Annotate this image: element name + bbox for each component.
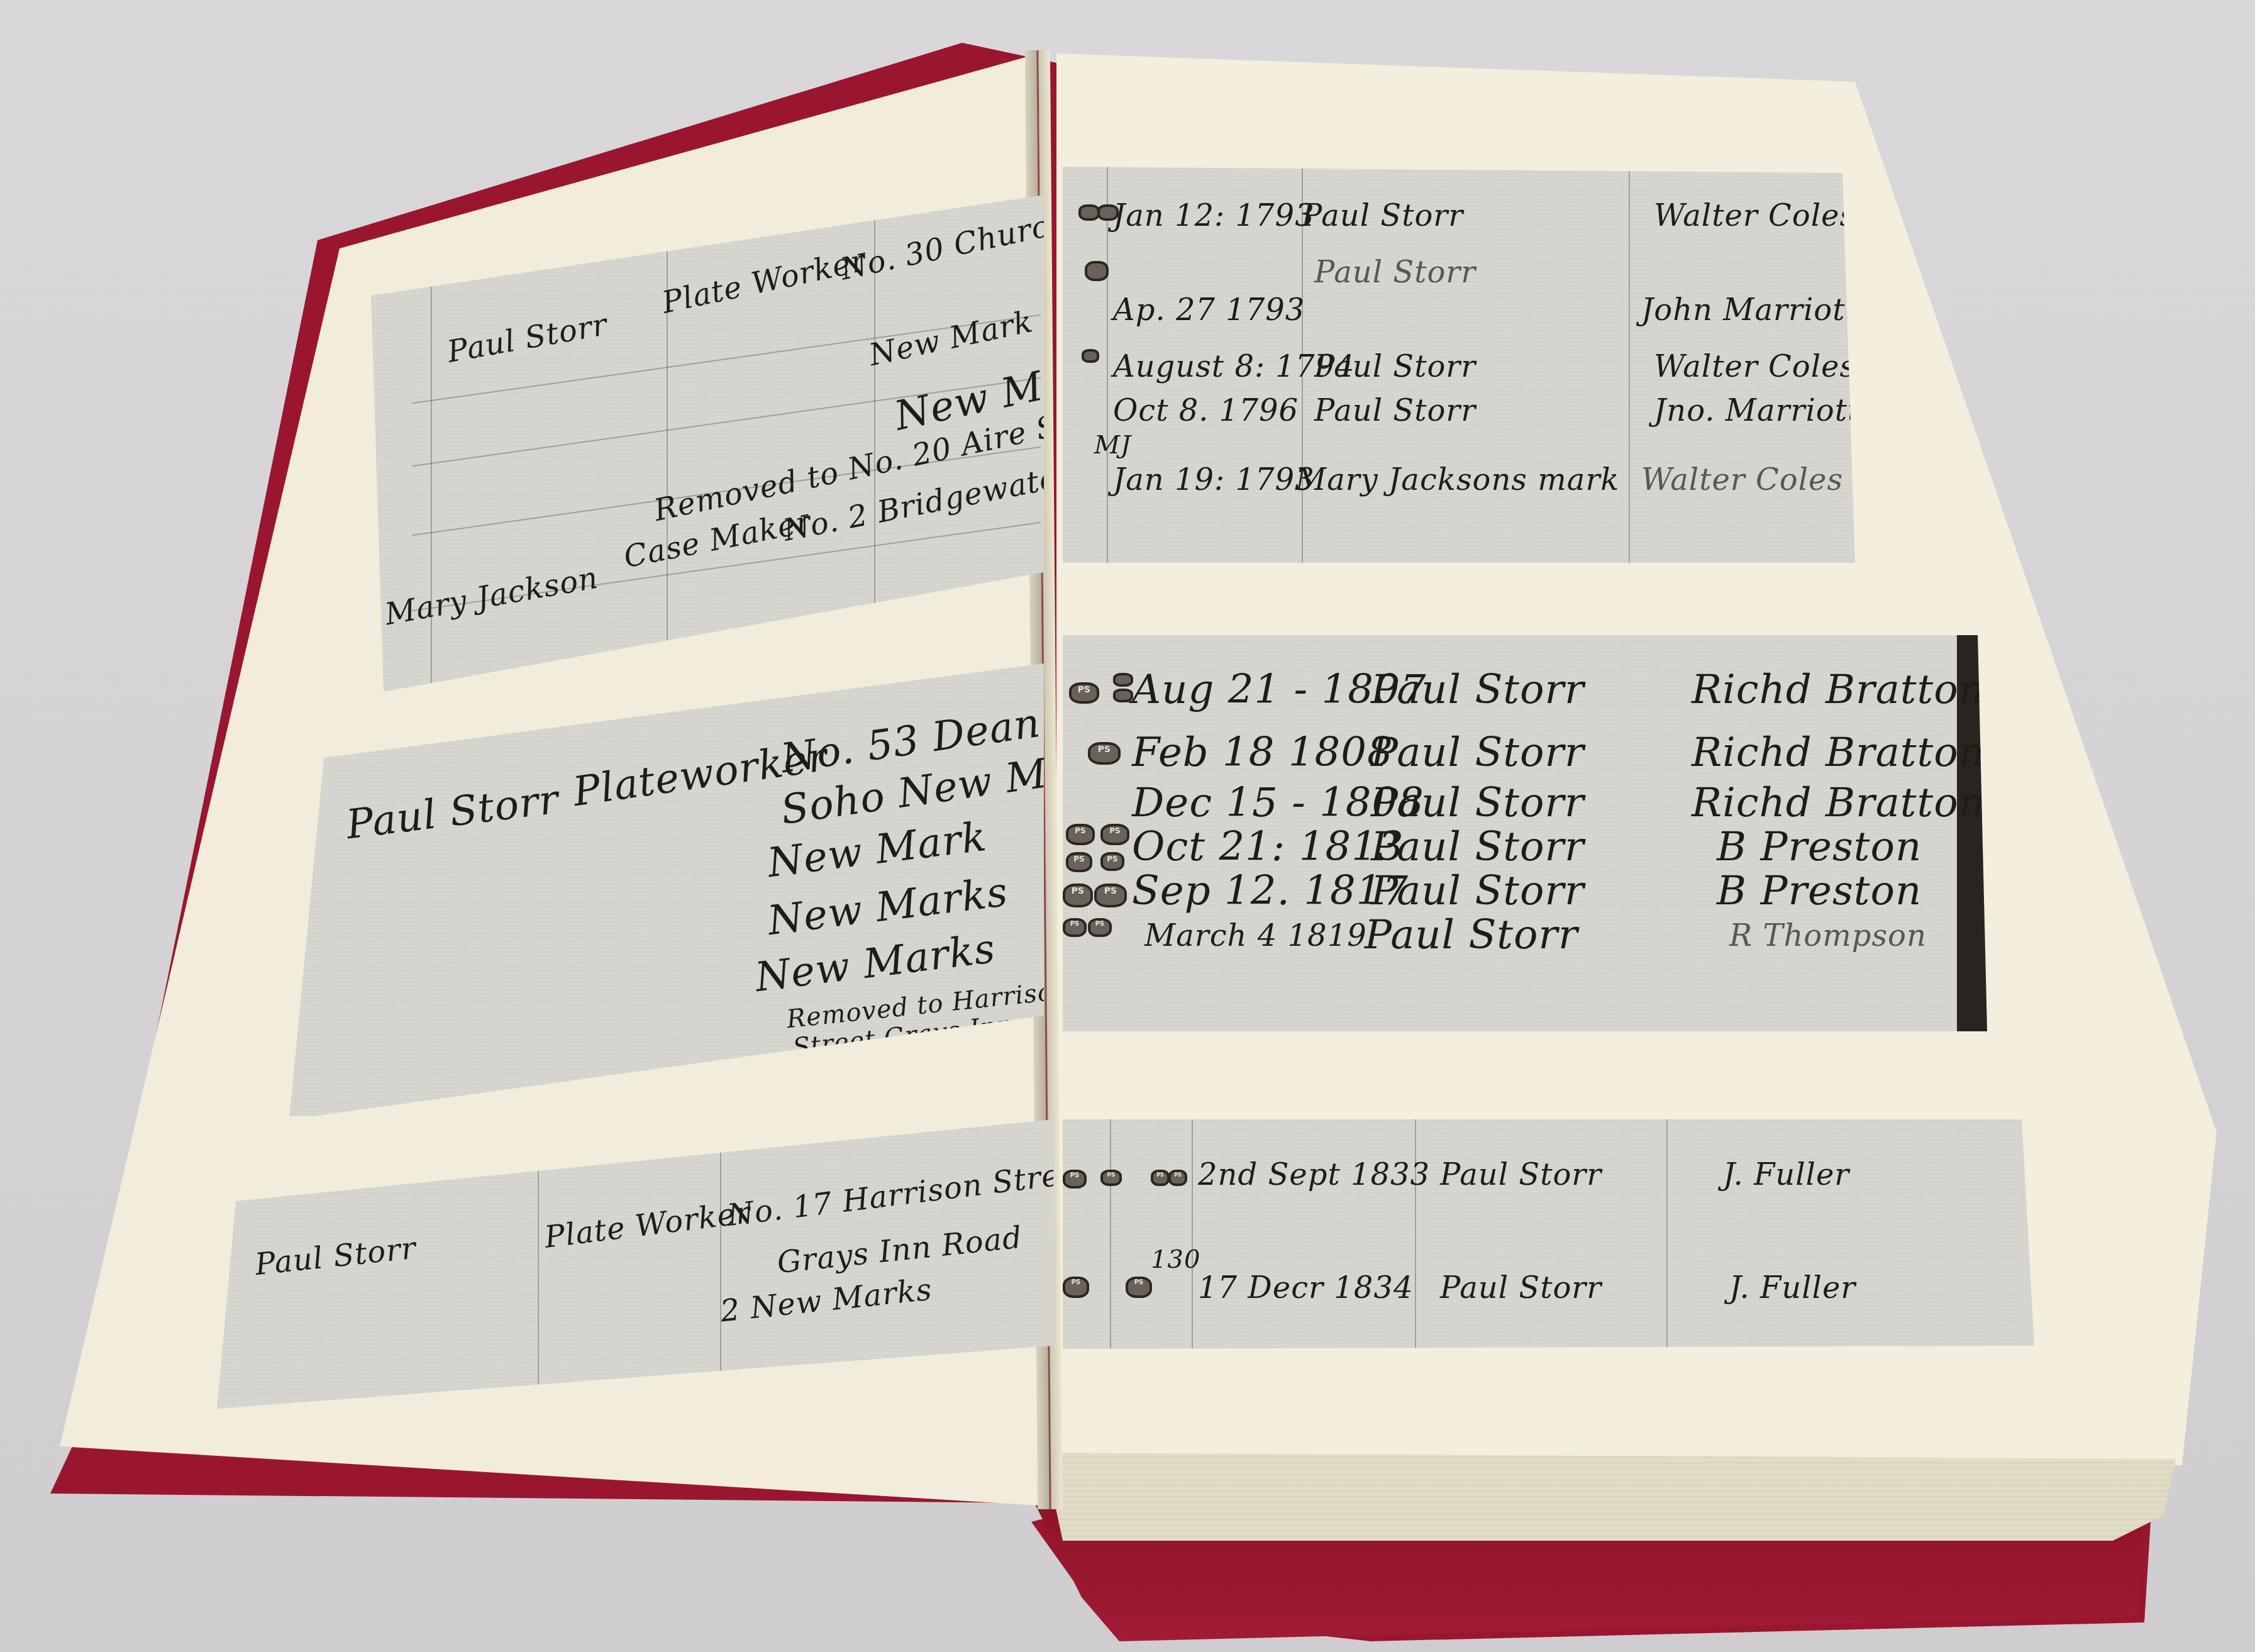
hallmark-icon (1085, 261, 1109, 281)
register-note: New Mark (866, 304, 1036, 373)
column-rule (1666, 1119, 1668, 1352)
entry-signature: Paul Storr (1440, 1157, 1602, 1192)
hallmark-ps-icon: PS (1100, 1170, 1122, 1186)
column-rule (1110, 1119, 1111, 1352)
register-name: Paul Storr (253, 1231, 418, 1283)
column-rule (538, 1170, 539, 1409)
column-rule (1107, 167, 1108, 569)
hallmark-icon (1113, 673, 1133, 687)
register-name: Mary Jackson (382, 560, 601, 633)
entry-witness: Walter Coles (1654, 349, 1855, 384)
book-photo-scene: Paul Storr Plate Worker No. 30 Church St… (0, 0, 2255, 1652)
plate-2-right-facsimile: PS PS PS PS PS PS PS PS PS PS Aug 21 - 1… (1063, 635, 1987, 1031)
entry-witness: Richd Bratton (1692, 729, 1985, 776)
column-rule (1415, 1119, 1416, 1352)
hallmark-ps-icon: PS (1100, 852, 1124, 871)
page-block-edges (1044, 1453, 2176, 1547)
entry-date: Jan 12: 1793 (1113, 198, 1315, 233)
entry-witness: B Preston (1717, 824, 1922, 870)
hallmark-ps-icon: PS (1063, 884, 1093, 907)
entry-witness: R Thompson (1729, 918, 1927, 953)
entry-signature: Paul Storr (1371, 729, 1585, 776)
entry-date: Jan 19: 1793 (1113, 462, 1315, 497)
hallmark-ps-icon: PS (1063, 918, 1087, 937)
column-rule (1629, 167, 1630, 569)
entry-signature: Paul Storr (1371, 667, 1585, 713)
entry-witness: Richd Bratton (1692, 667, 1985, 713)
column-rule (720, 1151, 721, 1409)
hallmark-ps-icon: PS (1063, 1277, 1089, 1298)
hallmark-ps-icon: PS (1094, 884, 1127, 907)
hallmark-ps-icon: PS (1066, 824, 1095, 845)
hallmark-icon (1082, 349, 1099, 363)
entry-witness: Walter Coles (1654, 198, 1855, 233)
entry-date: 2nd Sept 1833 (1198, 1157, 1430, 1192)
entry-witness: Walter Coles (1641, 462, 1843, 497)
entry-signature: Paul Storr (1314, 393, 1476, 428)
column-rule (1192, 1119, 1193, 1352)
entry-date: 17 Decr 1834 (1198, 1270, 1413, 1306)
entry-signature: Paul Storr (1302, 198, 1463, 233)
entry-signature: Paul Storr (1371, 780, 1585, 826)
plate-3-right-facsimile: PS PS PS PS PS PS 130 2nd Sept 1833 Paul… (1063, 1119, 2044, 1352)
entry-signature: Paul Storr (1314, 255, 1476, 290)
entry-date: Ap. 27 1793 (1113, 292, 1305, 328)
mark-label: MJ (1094, 431, 1131, 460)
hallmark-ps-icon: PS (1066, 852, 1092, 872)
entry-signature: Paul Storr (1371, 868, 1585, 914)
entry-witness: B Preston (1717, 868, 1922, 914)
entry-witness: Jno. Marriott (1654, 393, 1855, 428)
entry-witness: J. Fuller (1729, 1270, 1856, 1306)
entry-signature: Paul Storr (1365, 912, 1578, 958)
entry-date: Oct 8. 1796 (1113, 393, 1299, 428)
hallmark-ps-icon: PS (1100, 824, 1129, 845)
entry-signature: Mary Jacksons mark (1295, 462, 1619, 497)
hallmark-ps-icon: PS (1069, 682, 1099, 704)
entry-signature: Paul Storr (1371, 824, 1585, 870)
hallmark-ps-icon: PS (1151, 1170, 1170, 1186)
register-name: Paul Storr (445, 307, 610, 370)
column-rule (431, 277, 432, 692)
entry-date: Sep 12. 1817 (1132, 868, 1409, 914)
register-note: 2 New Marks (719, 1272, 934, 1329)
entry-date: Oct 21: 1813 (1132, 824, 1404, 870)
margin-note: 130 (1151, 1245, 1200, 1274)
entry-date: Feb 18 1808 (1132, 729, 1393, 776)
entry-signature: Paul Storr (1440, 1270, 1602, 1306)
register-name: Paul Storr (344, 777, 562, 849)
entry-witness: Richd Bratton (1692, 780, 1985, 826)
entry-date: March 4 1819 (1144, 918, 1367, 953)
hallmark-ps-icon: PS (1126, 1277, 1152, 1298)
entry-witness: J. Fuller (1723, 1157, 1849, 1192)
hallmark-ps-icon: PS (1088, 918, 1112, 937)
hallmark-ps-icon: PS (1168, 1170, 1187, 1186)
entry-signature: Paul Storr (1314, 349, 1476, 384)
register-address: Grays Inn Road (775, 1220, 1024, 1281)
entry-witness: John Marriott (1641, 292, 1855, 328)
hallmark-ps-icon: PS (1063, 1170, 1087, 1189)
hallmark-icon (1113, 689, 1133, 702)
hallmark-icon (1078, 204, 1100, 221)
hallmark-ps-icon: PS (1088, 742, 1121, 765)
plate-1-right-facsimile: MJ Jan 12: 1793 Paul Storr Walter Coles … (1063, 167, 1855, 569)
